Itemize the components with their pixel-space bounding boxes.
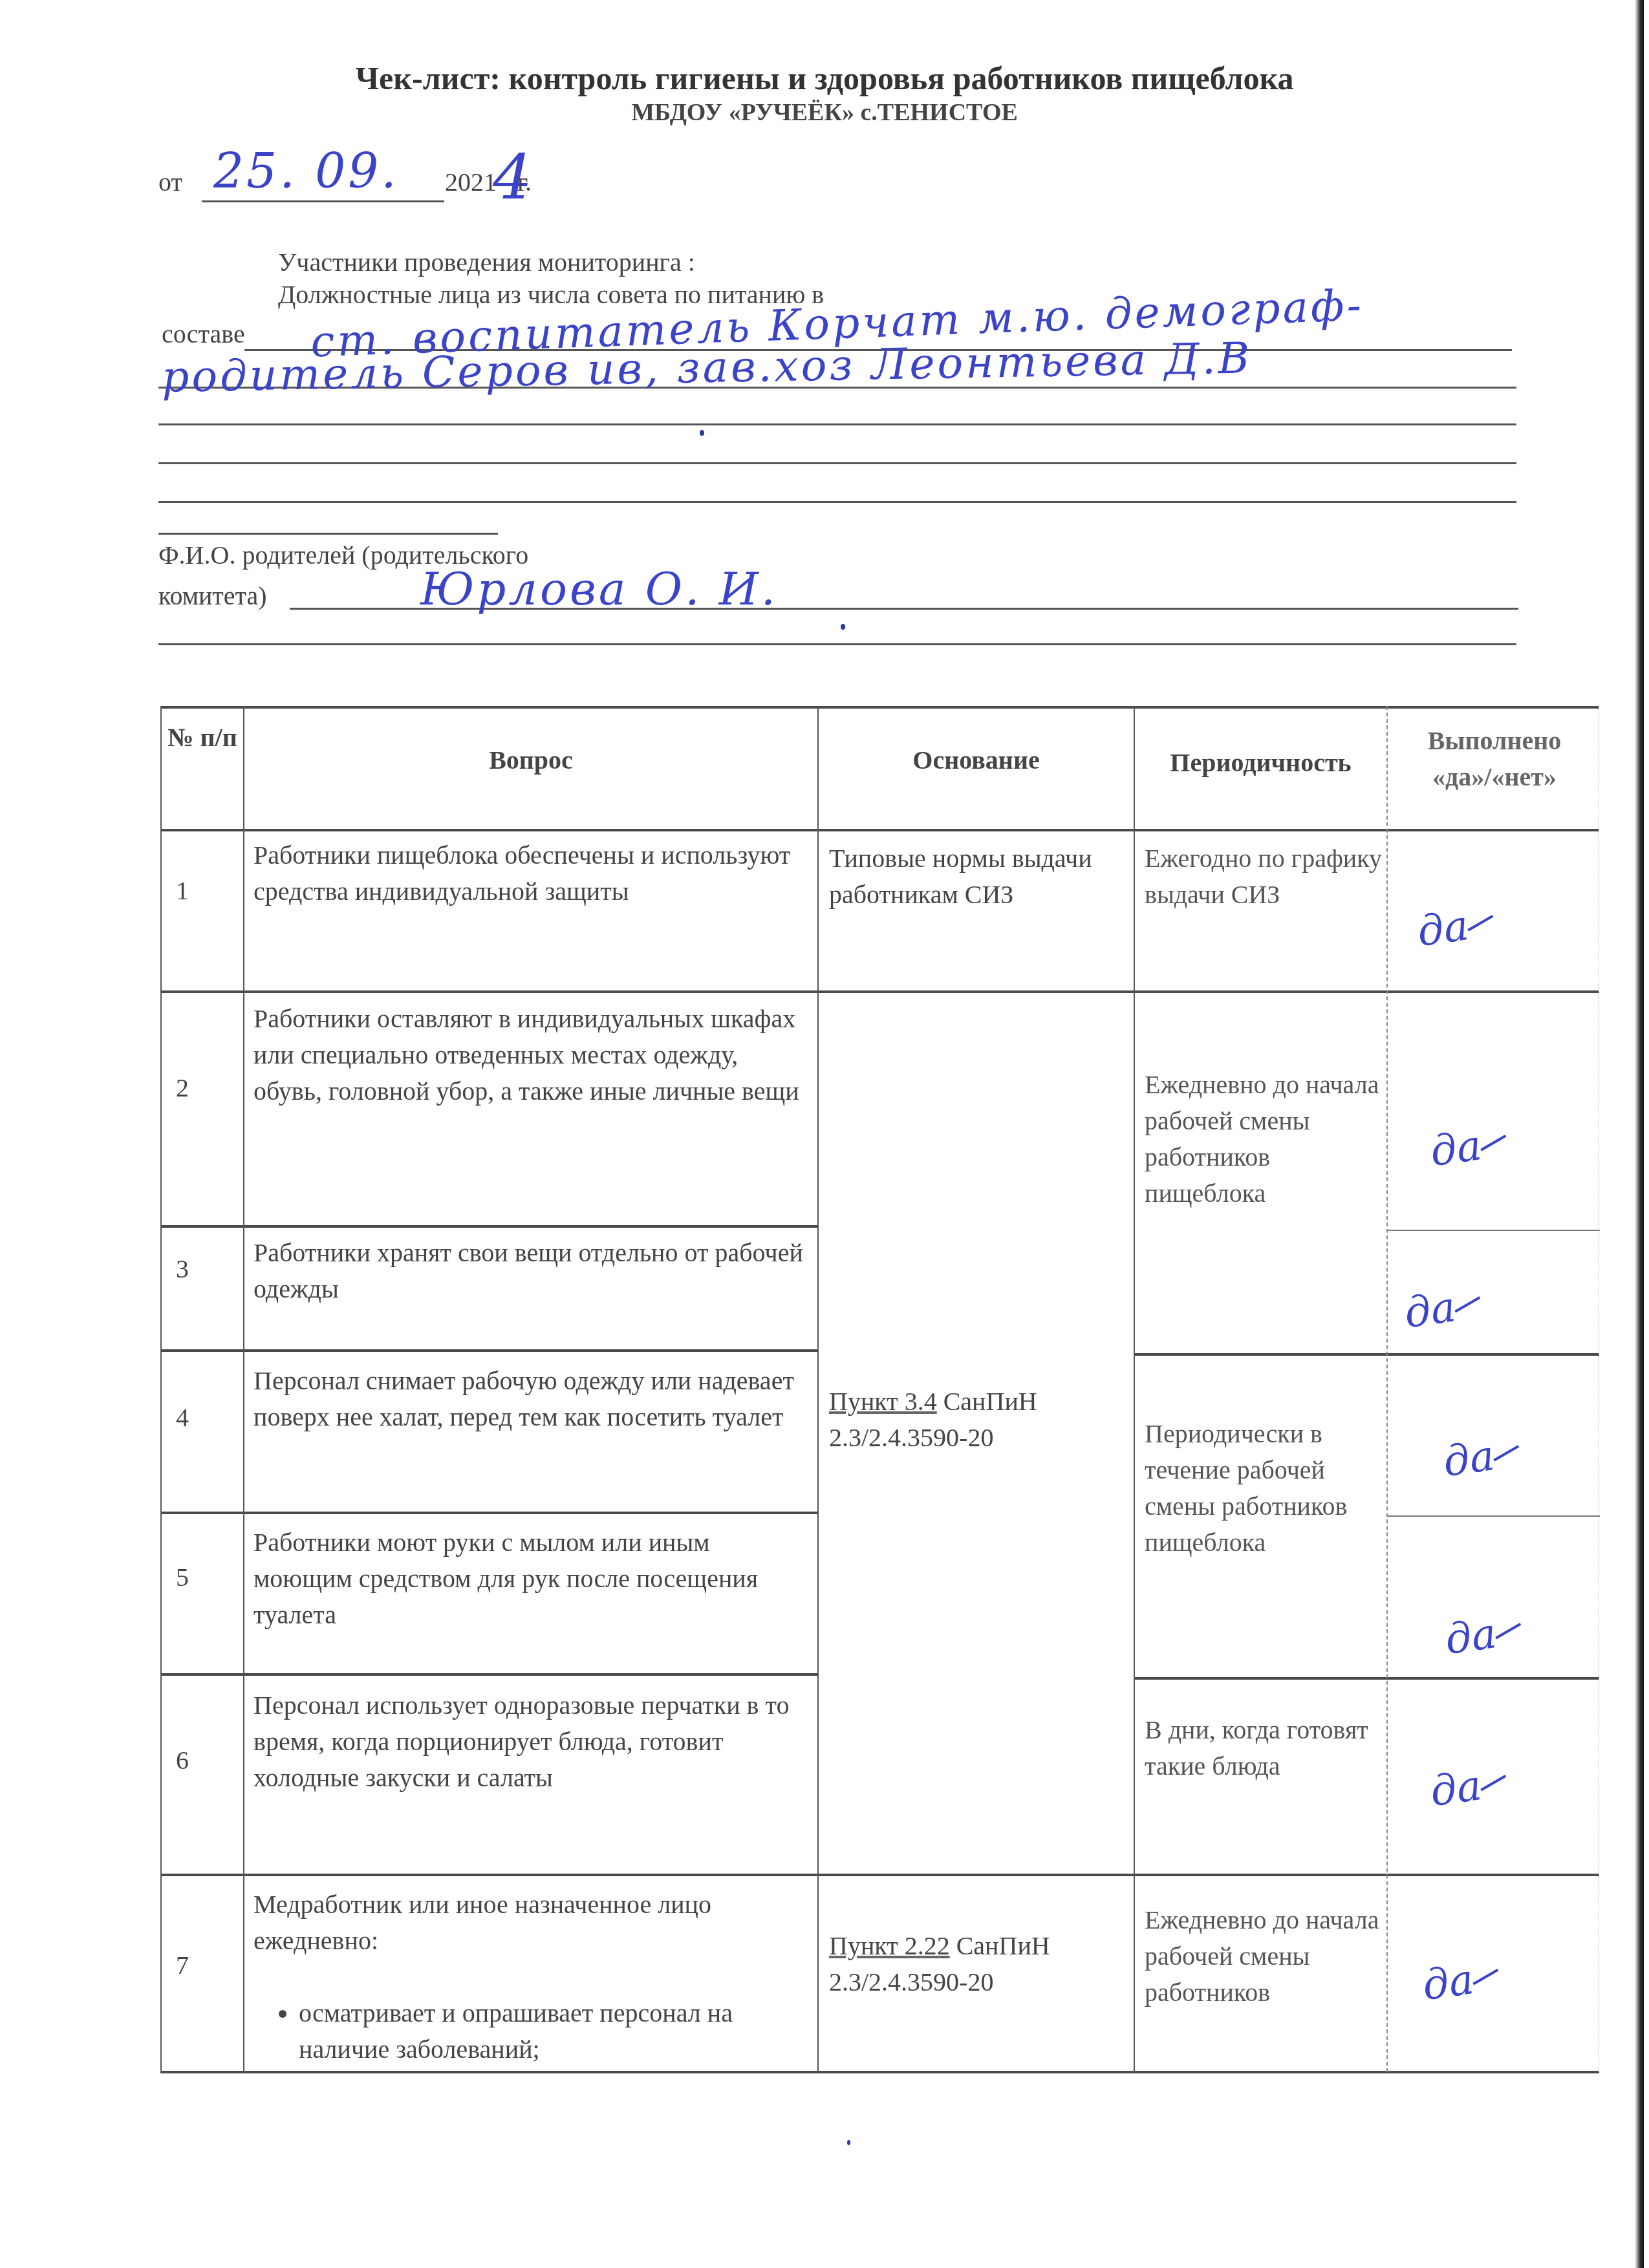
row-3-done-mark[interactable]: да: [1401, 1283, 1458, 1338]
row-1-basis: Типовые нормы выдачи работникам СИЗ: [829, 840, 1126, 913]
row-2-num: 2: [162, 1070, 189, 1106]
row-border: [1134, 1353, 1599, 1356]
row-7-done-mark[interactable]: да: [1419, 1956, 1476, 2010]
row-border: [160, 1874, 1599, 1876]
header-done: Выполнено «да»/«нет»: [1390, 723, 1599, 795]
row-border: [1134, 1677, 1599, 1680]
ink-dot: [847, 2140, 850, 2145]
ink-dot: [841, 624, 845, 630]
row-1-num: 1: [162, 873, 189, 909]
row-6-question: Персонал использует одноразовые перчатки…: [253, 1687, 810, 1796]
header-num: № п/п: [162, 719, 243, 756]
officials-line-4: [158, 462, 1516, 464]
row-7-question-text: Медработник или иное назначенное лицо еж…: [253, 1887, 810, 1959]
row-5-num: 5: [162, 1559, 189, 1596]
row-7-bullet-item: осматривает и опрашивает персонал на нал…: [299, 1995, 810, 2068]
scan-edge-shadow: [1635, 0, 1644, 2268]
row-2-question: Работники оставляют в индивидуальных шка…: [253, 1001, 810, 1109]
table-border-bottom: [160, 2071, 1599, 2073]
row-1-done-mark[interactable]: да: [1414, 902, 1471, 956]
row-7-question: Медработник или иное назначенное лицо еж…: [253, 1887, 810, 2068]
date-handwritten[interactable]: 25. 09.: [213, 144, 399, 199]
date-suffix: г.: [517, 167, 532, 197]
row-5-done-mark[interactable]: да: [1442, 1610, 1499, 1664]
frequency-rows-2-3: Ежедневно до начала рабочей смены работн…: [1145, 1067, 1384, 1212]
basis-rows-2-6: Пункт 3.4 СанПиН 2.3/2.4.3590-20: [829, 1384, 1126, 1456]
row-7-basis: Пункт 2.22 СанПиН 2.3/2.4.3590-20: [829, 1928, 1126, 2000]
participants-label: Участники проведения мониторинга :: [278, 247, 695, 277]
col-border: [817, 706, 819, 2072]
row-border: [160, 1225, 817, 1228]
header-bottom-border: [160, 829, 1599, 831]
row-border: [160, 1349, 817, 1352]
officials-label-composition: составе: [162, 319, 245, 349]
header-frequency: Периодичность: [1135, 745, 1386, 781]
date-year: 2021: [445, 167, 497, 197]
row-6-num: 6: [162, 1742, 189, 1779]
row-7-basis-link[interactable]: Пункт 2.22: [829, 1931, 950, 1960]
row-1-question: Работники пищеблока обеспечены и использ…: [253, 837, 810, 910]
document-subtitle: МБДОУ «РУЧЕЁК» с.ТЕНИСТОЕ: [0, 98, 1649, 127]
basis-rows-2-6-link[interactable]: Пункт 3.4: [829, 1387, 937, 1416]
row-1-frequency: Ежегодно по графику выдачи СИЗ: [1145, 840, 1384, 913]
ink-dot: [700, 430, 704, 436]
row-border: [1386, 1515, 1600, 1517]
row-7-num: 7: [162, 1947, 189, 1984]
row-3-question: Работники хранят свои вещи отдельно от р…: [253, 1235, 810, 1307]
date-prefix: от: [158, 167, 182, 197]
row-4-num: 4: [162, 1400, 189, 1436]
row-border: [1386, 1230, 1600, 1231]
col-border: [1134, 706, 1135, 2072]
row-4-done-mark[interactable]: да: [1440, 1432, 1497, 1486]
row-7-bullet-list: осматривает и опрашивает персонал на нал…: [253, 1995, 810, 2068]
row-5-question: Работники моют руки с мылом или иным мою…: [253, 1524, 810, 1633]
row-4-question: Персонал снимает рабочую одежду или наде…: [253, 1363, 810, 1435]
officials-line-6: [158, 533, 498, 535]
frequency-rows-4-5: Периодически в течение рабочей смены раб…: [1145, 1416, 1384, 1561]
row-border: [160, 1673, 817, 1676]
col-border: [1599, 706, 1599, 2072]
document-title: Чек-лист: контроль гигиены и здоровья ра…: [0, 59, 1649, 97]
table-border-top: [160, 706, 1599, 709]
col-border: [1386, 706, 1388, 2072]
row-3-num: 3: [162, 1251, 189, 1287]
officials-line-5: [158, 501, 1516, 503]
col-border: [243, 706, 244, 2072]
officials-line-3: [158, 423, 1516, 425]
header-question: Вопрос: [244, 742, 817, 778]
date-underline: [202, 200, 444, 202]
row-6-done-mark[interactable]: да: [1427, 1762, 1484, 1816]
row-2-done-mark[interactable]: да: [1427, 1122, 1484, 1176]
parents-handwritten[interactable]: Юрлова О. И.: [420, 562, 778, 615]
row-6-frequency: В дни, когда готовят такие блюда: [1145, 1712, 1377, 1784]
col-border: [160, 706, 162, 2072]
row-border: [160, 1512, 817, 1514]
row-7-frequency: Ежедневно до начала рабочей смены работн…: [1145, 1902, 1384, 2011]
parents-label-committee: комитета): [158, 581, 267, 611]
row-border: [160, 990, 1599, 993]
header-basis: Основание: [819, 742, 1134, 778]
parents-line-2: [158, 643, 1516, 645]
